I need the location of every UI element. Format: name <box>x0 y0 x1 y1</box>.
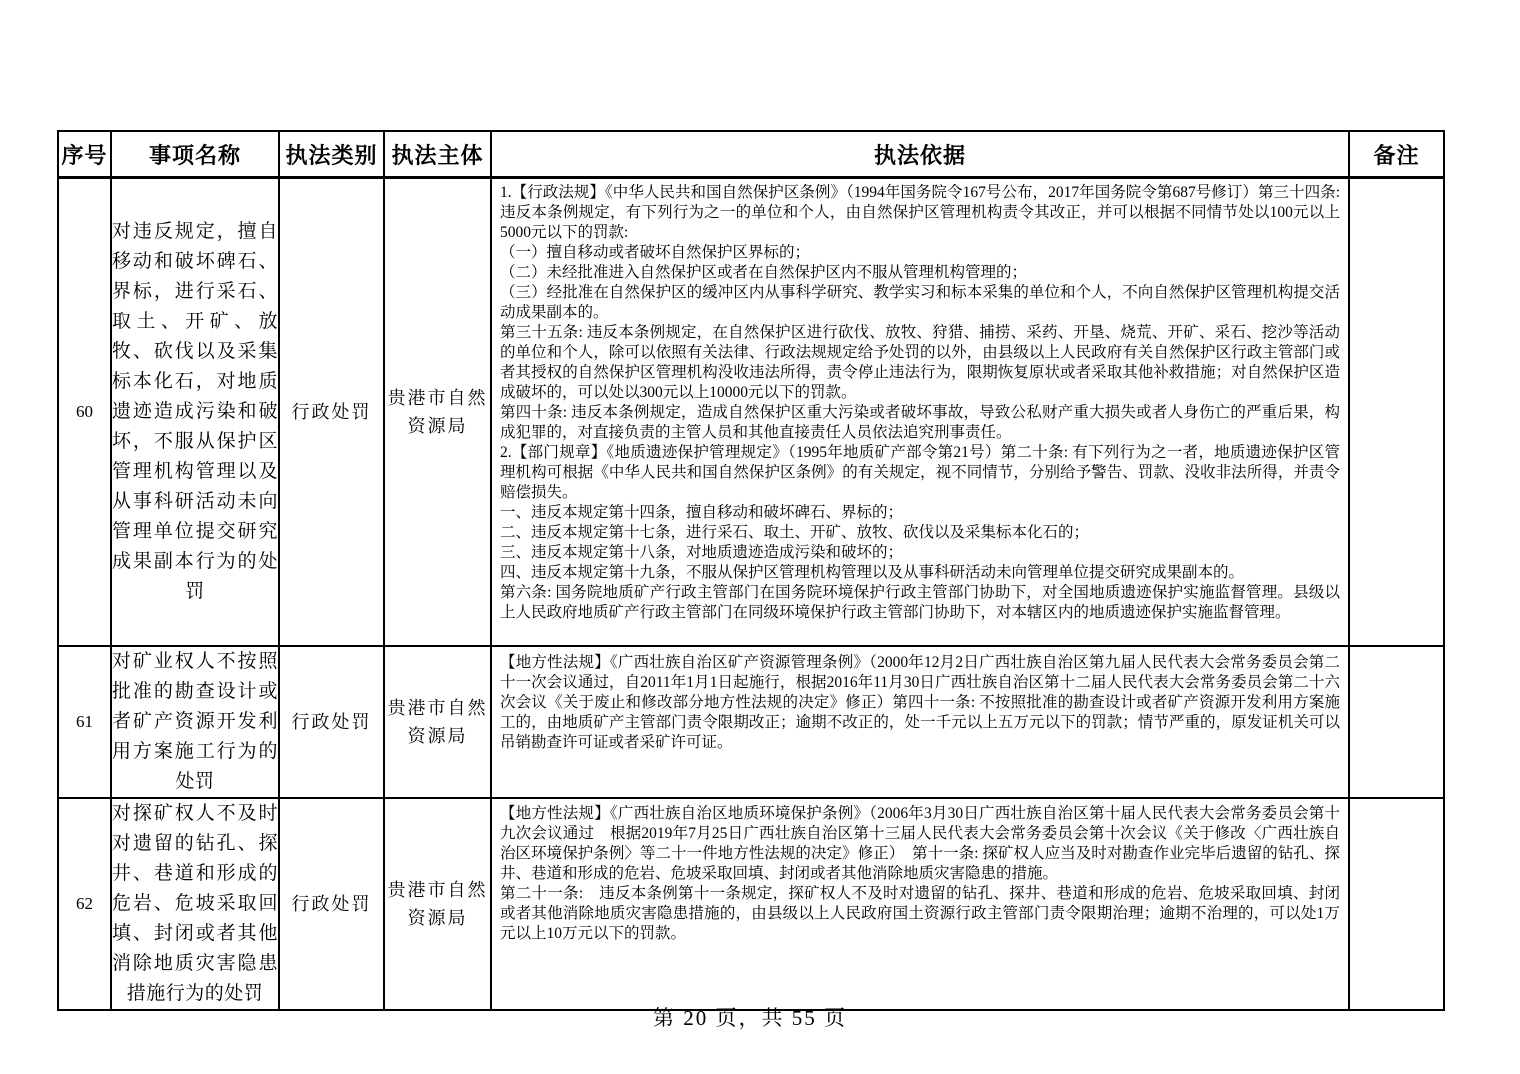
legal-basis-text: 【地方性法规】《广西壮族自治区地质环境保护条例》（2006年3月30日广西壮族自… <box>492 800 1348 1008</box>
remark-cell <box>1349 646 1444 798</box>
table-header-row: 序号 事项名称 执法类别 执法主体 执法依据 备注 <box>58 131 1444 178</box>
legal-basis-text: 【地方性法规】《广西壮族自治区矿产资源管理条例》（2000年12月2日广西壮族自… <box>492 649 1348 796</box>
header-cell-category: 执法类别 <box>279 131 384 178</box>
enforcement-category-cell: 行政处罚 <box>279 646 384 798</box>
row-number: 61 <box>58 646 111 798</box>
matter-name-text: 对矿业权人不按照批准的勘查设计或者矿产资源开发利用方案施工行为的处罚 <box>112 647 278 797</box>
table-row: 62 对探矿权人不及时对遗留的钻孔、探井、巷道和形成的危岩、危坡采取回填、封闭或… <box>58 798 1444 1010</box>
enforcement-matters-table: 序号 事项名称 执法类别 执法主体 执法依据 备注 60 对违反规定，擅自移动和… <box>57 130 1445 1011</box>
enforcement-category-cell: 行政处罚 <box>279 178 384 647</box>
matter-name-cell: 对矿业权人不按照批准的勘查设计或者矿产资源开发利用方案施工行为的处罚 <box>111 646 279 798</box>
legal-basis-cell: 【地方性法规】《广西壮族自治区矿产资源管理条例》（2000年12月2日广西壮族自… <box>491 646 1349 798</box>
table-row: 60 对违反规定，擅自移动和破坏碑石、界标，进行采石、取土、开矿、放牧、砍伐以及… <box>58 178 1444 647</box>
row-number: 62 <box>58 798 111 1010</box>
remark-cell <box>1349 798 1444 1010</box>
header-cell-name: 事项名称 <box>111 131 279 178</box>
matter-name-text: 对探矿权人不及时对遗留的钻孔、探井、巷道和形成的危岩、危坡采取回填、封闭或者其他… <box>112 799 278 1009</box>
enforcement-category-cell: 行政处罚 <box>279 798 384 1010</box>
legal-basis-text: 1.【行政法规】《中华人民共和国自然保护区条例》（1994年国务院令167号公布… <box>492 179 1348 645</box>
header-cell-basis: 执法依据 <box>491 131 1349 178</box>
page-footer: 第 20 页，共 55 页 <box>57 1002 1443 1032</box>
matter-name-text: 对违反规定，擅自移动和破坏碑石、界标，进行采石、取土、开矿、放牧、砍伐以及采集标… <box>112 217 278 607</box>
enforcement-subject-cell: 贵港市自然资源局 <box>384 646 491 798</box>
matter-name-cell: 对探矿权人不及时对遗留的钻孔、探井、巷道和形成的危岩、危坡采取回填、封闭或者其他… <box>111 798 279 1010</box>
header-cell-remark: 备注 <box>1349 131 1444 178</box>
remark-cell <box>1349 178 1444 647</box>
document-sheet: 序号 事项名称 执法类别 执法主体 执法依据 备注 60 对违反规定，擅自移动和… <box>57 130 1443 1011</box>
row-number: 60 <box>58 178 111 647</box>
table-row: 61 对矿业权人不按照批准的勘查设计或者矿产资源开发利用方案施工行为的处罚 行政… <box>58 646 1444 798</box>
legal-basis-cell: 1.【行政法规】《中华人民共和国自然保护区条例》（1994年国务院令167号公布… <box>491 178 1349 647</box>
enforcement-subject-cell: 贵港市自然资源局 <box>384 798 491 1010</box>
header-cell-subject: 执法主体 <box>384 131 491 178</box>
matter-name-cell: 对违反规定，擅自移动和破坏碑石、界标，进行采石、取土、开矿、放牧、砍伐以及采集标… <box>111 178 279 647</box>
header-cell-id: 序号 <box>58 131 111 178</box>
enforcement-subject-cell: 贵港市自然资源局 <box>384 178 491 647</box>
legal-basis-cell: 【地方性法规】《广西壮族自治区地质环境保护条例》（2006年3月30日广西壮族自… <box>491 798 1349 1010</box>
